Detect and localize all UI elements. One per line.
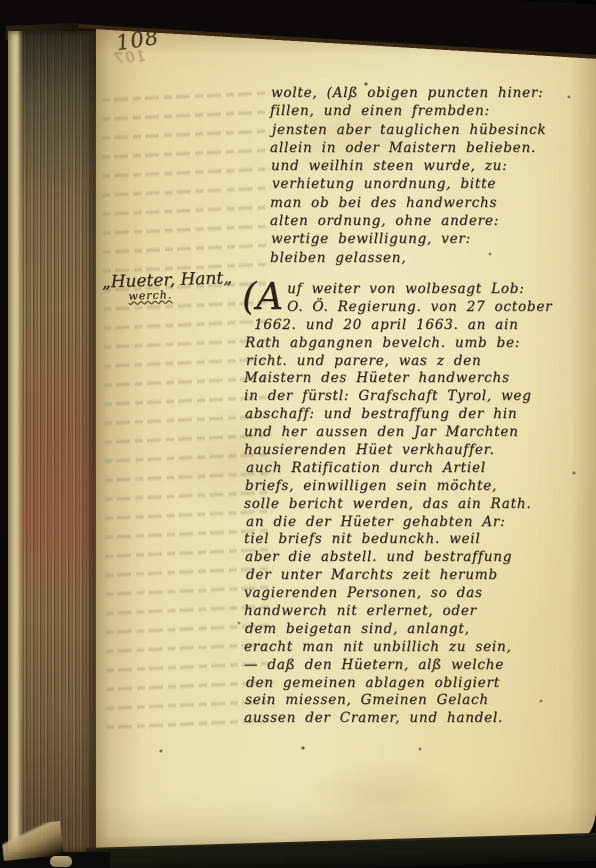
manuscript-line: — daß den Hüetern, alß welche bbox=[244, 657, 584, 675]
manuscript-line: O. Ö. Regierung. von 27 october bbox=[246, 299, 584, 317]
manuscript-line: Maistern des Hüeter handwerchs bbox=[244, 370, 584, 388]
manuscript-line: solle bericht werden, das ain Rath. bbox=[244, 496, 584, 514]
manuscript-line: und weilhin steen wurde, zu: bbox=[271, 157, 582, 175]
manuscript-line: 1662. und 20 april 1663. an ain bbox=[244, 317, 584, 335]
manuscript-line: handwerch nit erlernet, oder bbox=[244, 603, 584, 621]
paragraph-2: (A uf weiter von wolbesagt Lob: O. Ö. Re… bbox=[244, 281, 584, 728]
manuscript-line: fillen, und einen frembden: bbox=[270, 102, 582, 120]
margin-note: „Hueter, Hant„ werch. bbox=[102, 267, 253, 303]
manuscript-line: auch Ratification durch Artiel bbox=[246, 460, 584, 478]
manuscript-line: briefs, einwilligen sein möchte, bbox=[245, 478, 584, 496]
manuscript-line: wertige bewilligung, ver: bbox=[271, 230, 582, 248]
clasp-tab bbox=[50, 856, 72, 867]
manuscript-line: den gemeinen ablagen obligiert bbox=[246, 675, 584, 693]
manuscript-line: richt. und parere, was z den bbox=[246, 353, 584, 371]
initial-capital: (A bbox=[242, 282, 283, 312]
manuscript-line: der unter Marchts zeit herumb bbox=[246, 567, 584, 585]
manuscript-line: sein miessen, Gmeinen Gelach bbox=[245, 692, 584, 710]
manuscript-line: man ob bei des handwerchs bbox=[270, 194, 582, 212]
manuscript-line: an die der Hüeter gehabten Ar: bbox=[246, 514, 584, 532]
manuscript-line: abschaff: und bestraffung der hin bbox=[245, 406, 584, 424]
book-fore-edge bbox=[8, 31, 96, 852]
manuscript-line: hausierenden Hüet verkhauffer. bbox=[244, 442, 584, 460]
manuscript-line: aussen der Cramer, und handel. bbox=[244, 710, 584, 728]
manuscript-line: in der fürstl: Grafschaft Tyrol, weg bbox=[244, 388, 584, 406]
manuscript-line: uf weiter von wolbesagt Lob: bbox=[244, 281, 584, 299]
manuscript-page: 108 107 „Hueter, Hant„ werch. wolte, (Al… bbox=[96, 20, 596, 852]
manuscript-line: Rath abgangnen bevelch. umb be: bbox=[245, 335, 584, 353]
manuscript-line: allein in oder Maistern belieben. bbox=[270, 139, 582, 157]
manuscript-line: jensten aber tauglichen hübesinck bbox=[272, 121, 582, 139]
manuscript-line: alten ordnung, ohne andere: bbox=[270, 212, 582, 230]
manuscript-line: vagierenden Personen, so das bbox=[244, 585, 584, 603]
showthrough-page-number: 107 bbox=[113, 46, 146, 67]
manuscript-line: eracht man nit unbillich zu sein, bbox=[244, 639, 584, 657]
manuscript-line: aber die abstell. und bestraffung bbox=[245, 549, 584, 567]
manuscript-line: dem beigetan sind, anlangt, bbox=[245, 621, 584, 639]
manuscript-line: verhietung unordnung, bitte bbox=[272, 175, 582, 193]
manuscript-line: bleiben gelassen, bbox=[270, 249, 582, 267]
paragraph-1: wolte, (Alß obigen puncten hiner: fillen… bbox=[270, 84, 582, 267]
page-stain bbox=[306, 760, 466, 830]
manuscript-line: und her aussen den Jar Marchten bbox=[244, 424, 584, 442]
manuscript-line: wolte, (Alß obigen puncten hiner: bbox=[271, 84, 582, 102]
manuscript-line: tiel briefs nit bedunckh. weil bbox=[244, 531, 584, 549]
photographed-manuscript: 108 107 „Hueter, Hant„ werch. wolte, (Al… bbox=[0, 0, 596, 868]
